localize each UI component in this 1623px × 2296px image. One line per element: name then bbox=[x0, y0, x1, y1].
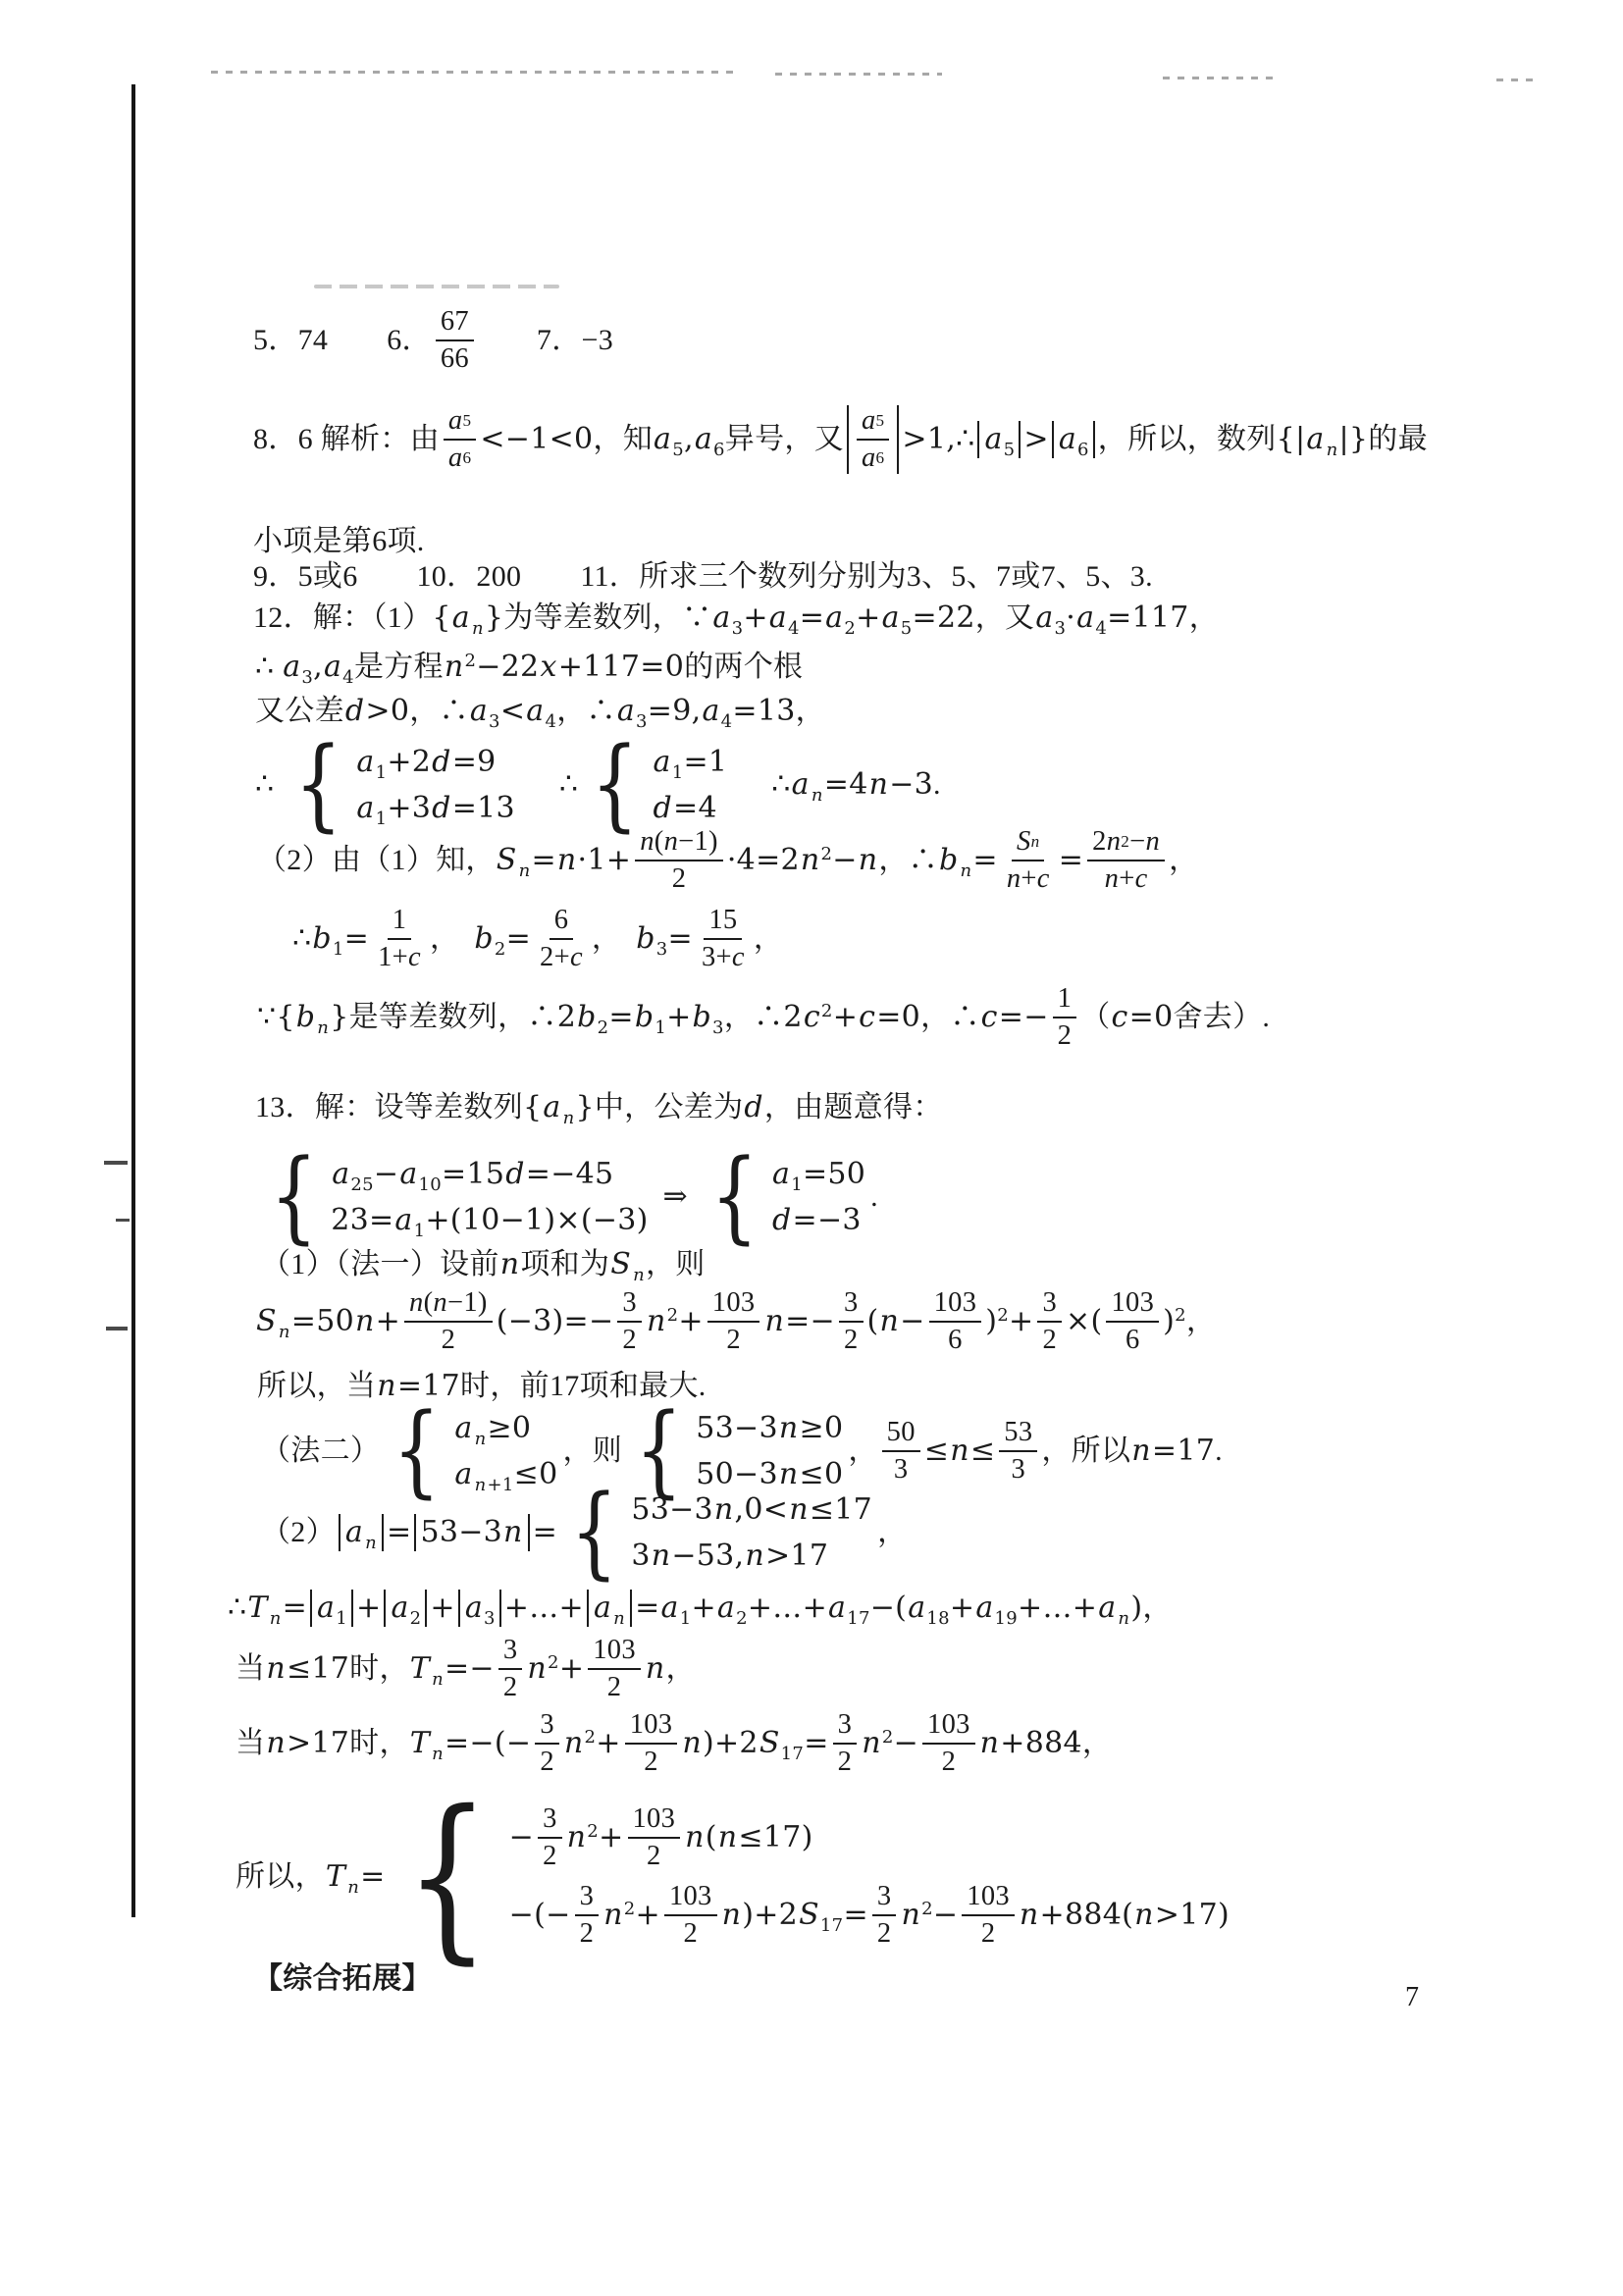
solution-12-line-7: ∵{bn}是等差数列，∴2b2=b1+b3，∴2c2+c=0，∴c=−12（c=… bbox=[257, 983, 1270, 1052]
scan-artifact-top-dashes-4 bbox=[1496, 78, 1536, 81]
scan-artifact-top-dashes-2 bbox=[775, 73, 942, 76]
solution-13-line-10: 当n>17时，Tn=−(−32n2+1032n)+2S17=32n2−1032n… bbox=[236, 1709, 1112, 1778]
solution-12-line-4: ∴ {a1+2d=9a1+3d=13∴{a1=1d=4∴an=4n−3. bbox=[255, 744, 941, 826]
solution-12-line-3: 又公差d>0，∴a3<a4，∴a3=9,a4=13， bbox=[255, 693, 825, 730]
scan-artifact-margin-tick-2 bbox=[116, 1219, 130, 1222]
solution-13-line-9: 当n≤17时，Tn=−32n2+1032n， bbox=[236, 1635, 696, 1703]
solution-12-line-5: （2）由（1）知，Sn=n·1+n(n−1)2·4=2n2−n，∴bn=Snn+… bbox=[257, 826, 1198, 895]
scan-artifact-margin-tick-3 bbox=[106, 1327, 128, 1331]
scan-artifact-margin-tick-1 bbox=[104, 1161, 128, 1165]
solution-12-line-1: 12．解：（1）{an}为等差数列，∵a3+a4=a2+a5=22，又a3·a4… bbox=[253, 600, 1219, 637]
scan-artifact-smudge bbox=[314, 285, 559, 288]
solution-13-line-11: 所以，Tn={−32n2+1032n(n≤17)−(−32n2+1032n)+2… bbox=[236, 1803, 1234, 1950]
answers-9-to-11: 9．5或610．20011．所求三个数列分别为3、5、7或7、5、3. bbox=[253, 558, 1153, 596]
scanned-answer-page: 5．746．67667．−3 8．6 解析：由a5a6<−1<0，知a5,a6异… bbox=[0, 0, 1623, 2296]
solution-13-line-8: ∴Tn=a1+a2+a3+…+an=a1+a2+…+a17−(a18+a19+…… bbox=[228, 1590, 1173, 1627]
solution-8-line-2: 小项是第6项. bbox=[253, 523, 425, 560]
solution-13-line-2: {a25−a10=15d=−4523=a1+(10−1)×(−3) ⇒ {a1=… bbox=[257, 1156, 878, 1238]
solution-13-line-1: 13．解：设等差数列{an}中，公差为d，由题意得： bbox=[255, 1089, 943, 1126]
answers-5-to-7: 5．746．67667．−3 bbox=[253, 306, 613, 375]
solution-8-line-1: 8．6 解析：由a5a6<−1<0，知a5,a6异号，又a5a6>1,∴a5>a… bbox=[253, 405, 1428, 474]
left-margin-rule bbox=[131, 84, 135, 1917]
solution-12-line-2: ∴ a3,a4是方程n2−22x+117=0的两个根 bbox=[255, 649, 803, 686]
solution-13-line-6: （法二）{an≥0an+1≤0，则{53−3n≥050−3n≤0，503≤n≤5… bbox=[261, 1410, 1223, 1492]
solution-13-line-3: （1）（法一）设前n项和为Sn，则 bbox=[261, 1246, 706, 1283]
scan-artifact-top-dashes-1 bbox=[211, 71, 741, 74]
page-number: 7 bbox=[1405, 1982, 1419, 2013]
section-footer: 【综合拓展】 bbox=[253, 1960, 432, 1998]
scan-artifact-top-dashes-3 bbox=[1163, 77, 1276, 79]
solution-13-line-7: （2）an=53−3n={53−3n,0<n≤173n−53,n>17， bbox=[261, 1491, 907, 1574]
solution-12-line-6: ∴b1=11+c，b2=62+c，b3=153+c， bbox=[292, 905, 783, 973]
solution-13-line-4: Sn=50n+n(n−1)2(−3)=−32n2+1032n=−32(n−103… bbox=[255, 1287, 1216, 1356]
